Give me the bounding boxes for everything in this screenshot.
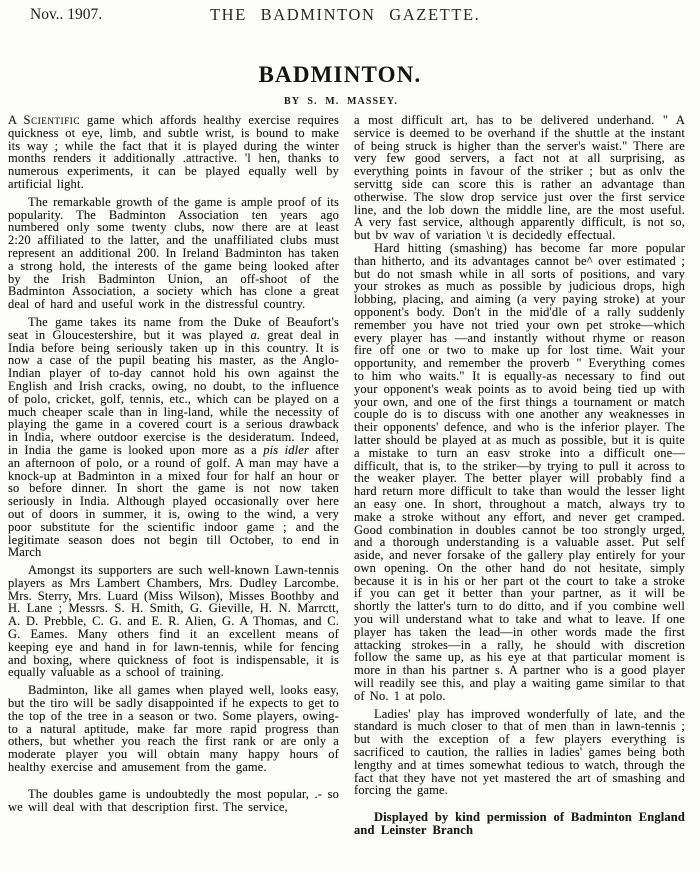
text-run: a most difficult art, has to be delivere… bbox=[354, 113, 685, 242]
article-title: BADMINTON. bbox=[0, 62, 680, 88]
right-column: a most difficult art, has to be delivere… bbox=[354, 114, 685, 837]
paragraph: Amongst its supporters are such well-kno… bbox=[8, 564, 339, 679]
left-column: A Scientific game which affords healthy … bbox=[8, 114, 339, 837]
issue-date: Nov.. 1907. bbox=[30, 6, 102, 24]
text-run: Ladies' play has improved wonderfully of… bbox=[354, 707, 685, 798]
text-run: Hard hitting (smashing) has become far m… bbox=[354, 241, 685, 703]
paragraph: The game takes its name from the Duke of… bbox=[8, 316, 339, 559]
text-run: Amongst its supporters are such well-kno… bbox=[8, 563, 339, 679]
text-run: Badminton, like all games when played we… bbox=[8, 683, 339, 774]
paragraph: Hard hitting (smashing) has become far m… bbox=[354, 242, 685, 703]
article-body: A Scientific game which affords healthy … bbox=[8, 114, 686, 837]
text-run: The doubles game is undoubtedly the most… bbox=[8, 787, 339, 814]
gazette-page: Nov.. 1907. THE BADMINTON GAZETTE. BADMI… bbox=[0, 0, 700, 872]
paragraph: Badminton, like all games when played we… bbox=[8, 684, 339, 774]
paragraph: The remarkable growth of the game is amp… bbox=[8, 196, 339, 311]
text-run: Displayed by kind permission of Badminto… bbox=[354, 810, 685, 837]
text-run: after an afternoon of polo, or a round o… bbox=[8, 443, 339, 559]
paragraph: Ladies' play has improved wonderfully of… bbox=[354, 708, 685, 798]
paragraph: Displayed by kind permission of Badminto… bbox=[354, 811, 685, 837]
text-run: The remarkable growth of the game is amp… bbox=[8, 195, 339, 311]
text-run: great deal in India before being serious… bbox=[8, 328, 339, 457]
paragraph: The doubles game is undoubtedly the most… bbox=[8, 788, 339, 814]
article-byline: BY S. M. MASSEY. bbox=[0, 96, 682, 107]
paragraph: A Scientific game which affords healthy … bbox=[8, 114, 339, 191]
paragraph: a most difficult art, has to be delivere… bbox=[354, 114, 685, 242]
masthead-title: THE BADMINTON GAZETTE. bbox=[210, 5, 480, 25]
